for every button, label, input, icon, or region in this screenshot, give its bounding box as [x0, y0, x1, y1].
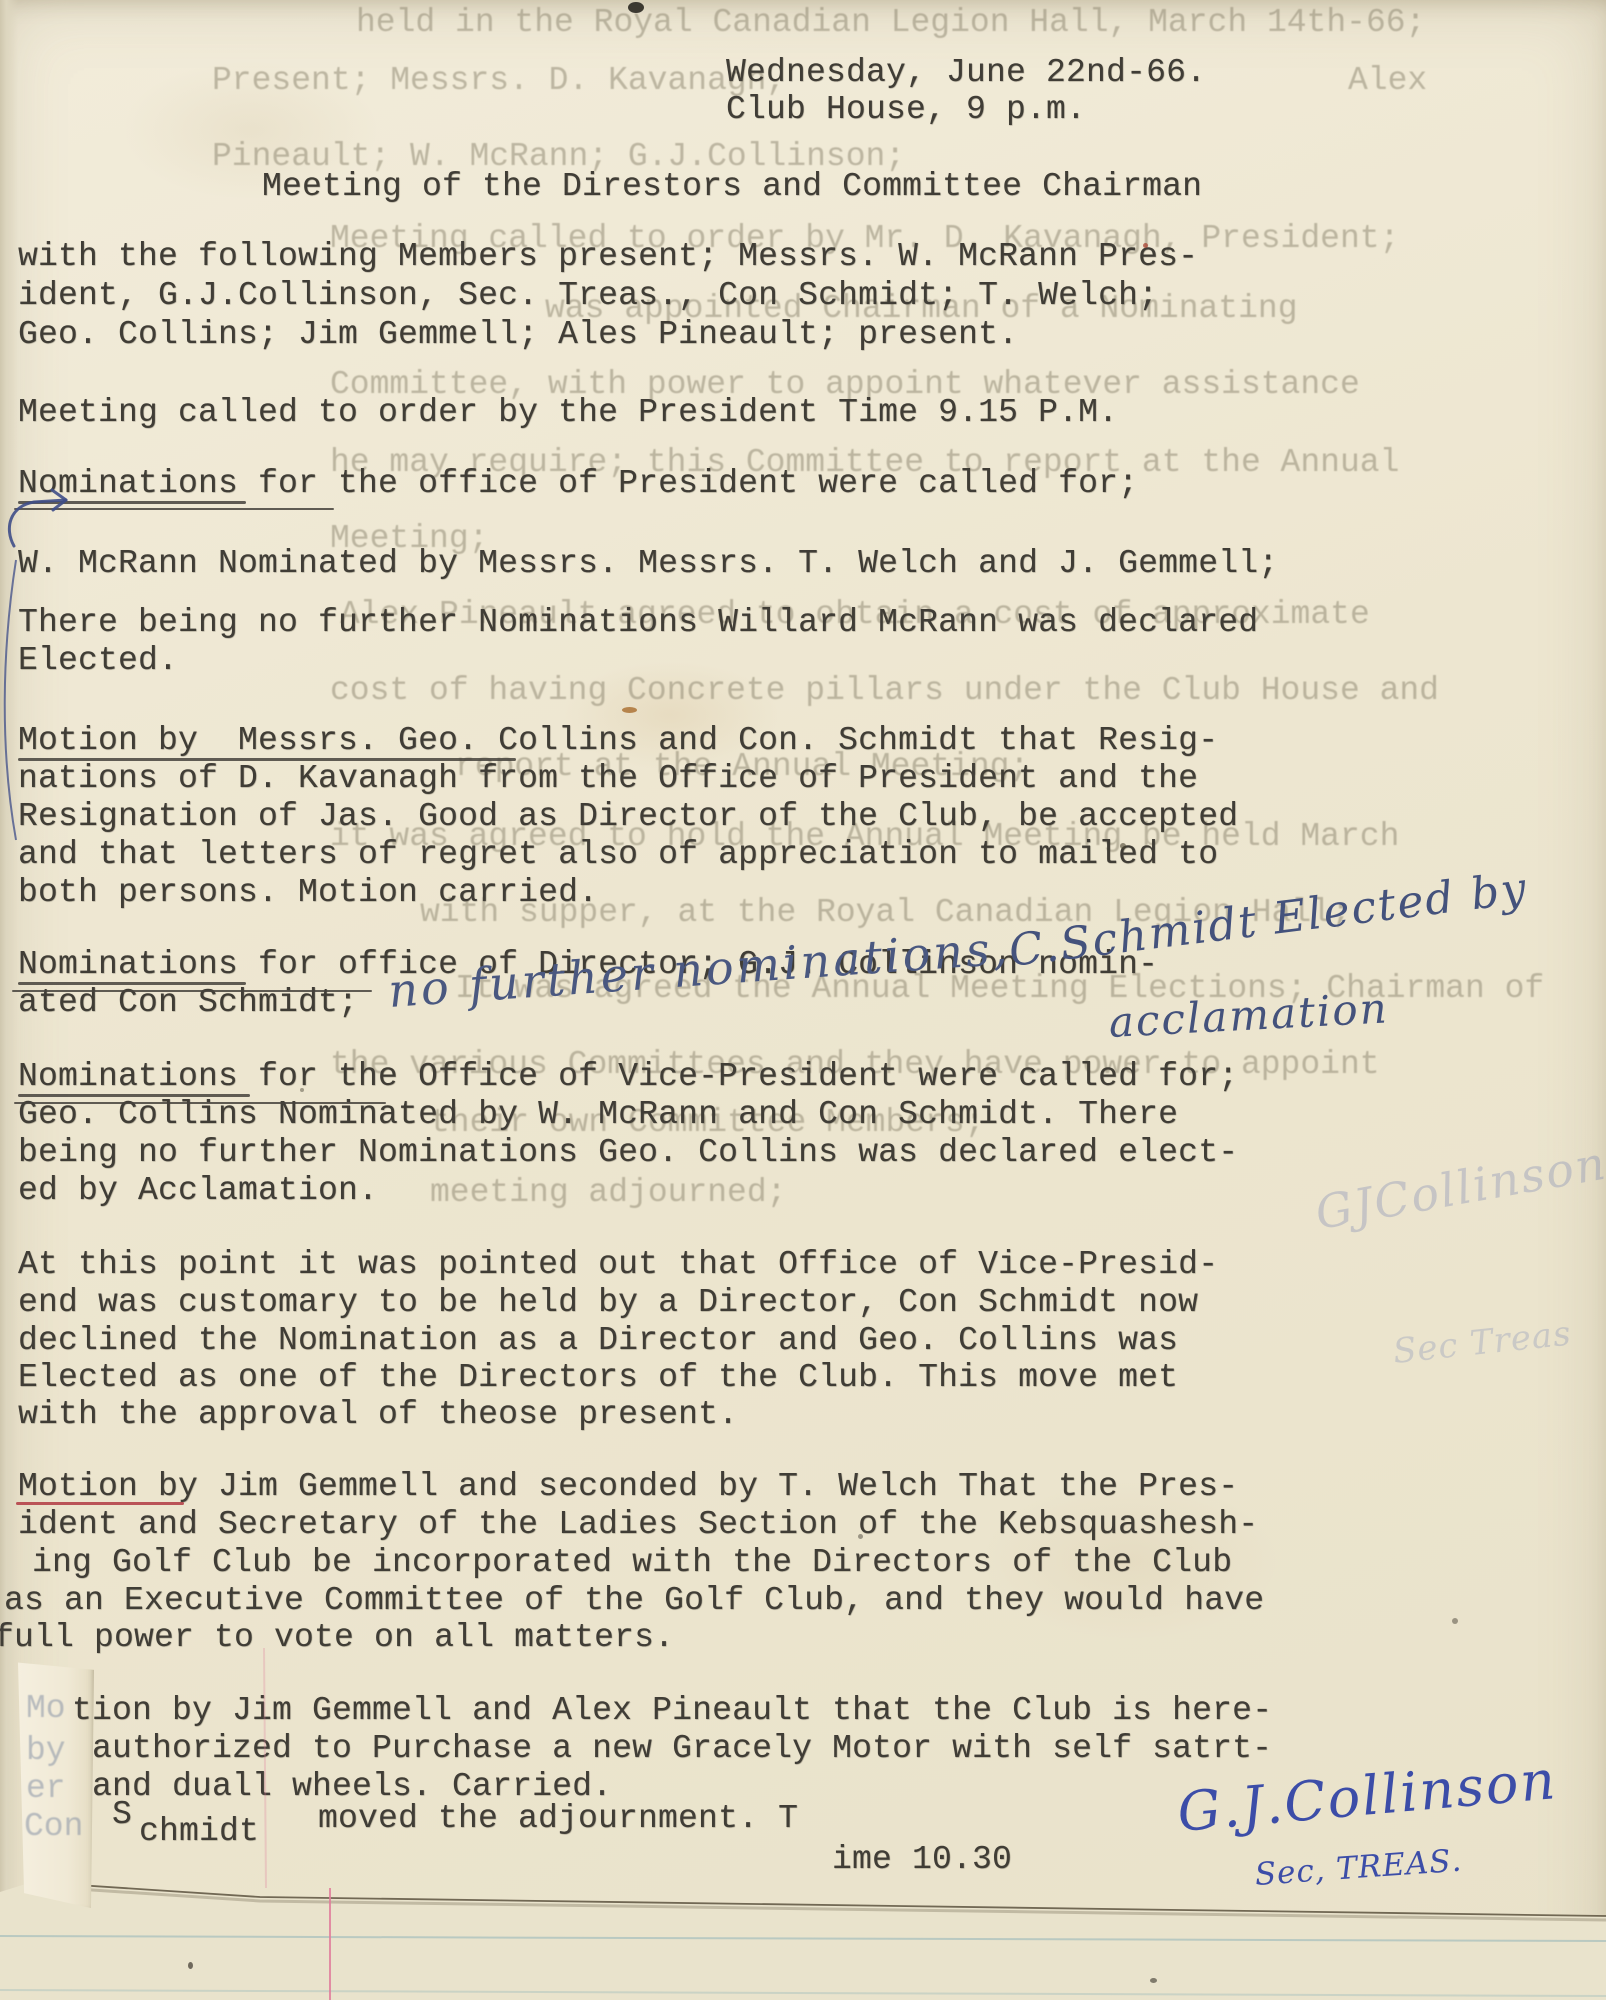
ghost-typed-line: Mo	[26, 1692, 66, 1725]
typed-line: full power to vote on all matters.	[0, 1621, 674, 1654]
typed-line: declined the Nomination as a Director an…	[18, 1324, 1178, 1357]
typed-line: Meeting called to order by the President…	[18, 396, 1118, 429]
ledger-ruled-line	[0, 1990, 1606, 1996]
typed-line: Nominations for the Office of Vice-Presi…	[18, 1060, 1238, 1093]
typed-line: authorized to Purchase a new Gracely Mot…	[92, 1732, 1272, 1765]
ink-speck	[1120, 843, 1126, 849]
bleedthrough-signature: GJCollinson	[1312, 1140, 1606, 1236]
typed-line: nations of D. Kavanagh from the Office o…	[18, 762, 1198, 795]
signature-title: Sec, TREAS.	[1254, 1846, 1463, 1891]
ghost-typed-line: cost of having Concrete pillars under th…	[330, 674, 1439, 707]
typed-line: W. McRann Nominated by Messrs. Messrs. T…	[18, 547, 1278, 580]
typed-underline-mark	[18, 501, 246, 504]
typed-line: end was customary to be held by a Direct…	[18, 1286, 1198, 1319]
red-underline-mark	[16, 1502, 184, 1505]
ink-speck	[622, 707, 637, 713]
typed-line: both persons. Motion carried.	[18, 876, 598, 909]
typed-line: Elected.	[18, 644, 178, 677]
margin-note-acclamation: acclamation	[1108, 987, 1390, 1044]
ink-speck	[188, 1962, 193, 1969]
typed-line: Motion by Messrs. Geo. Collins and Con. …	[18, 724, 1218, 757]
ghost-typed-line: held in the Royal Canadian Legion Hall, …	[356, 6, 1425, 39]
typed-line: ident and Secretary of the Ladies Sectio…	[18, 1508, 1258, 1541]
typed-underline-mark	[18, 982, 246, 985]
typed-line: Motion by Jim Gemmell and seconded by T.…	[18, 1470, 1238, 1503]
ink-speck	[1452, 1618, 1458, 1624]
ghost-typed-line: meeting adjourned;	[430, 1176, 786, 1209]
typed-underline-mark	[14, 508, 334, 510]
typed-underline-mark	[18, 1094, 250, 1097]
typed-underline-mark	[14, 1102, 386, 1104]
ghost-typed-line: Alex	[1348, 64, 1427, 97]
typed-line: tion by Jim Gemmell and Alex Pineault th…	[72, 1694, 1272, 1727]
ink-speck	[1143, 243, 1148, 248]
ink-speck	[628, 2, 644, 13]
sheet-bottom-edge	[32, 1882, 1606, 1916]
typed-line: Club House, 9 p.m.	[726, 93, 1086, 126]
typed-underline-mark	[12, 990, 372, 992]
typed-line: ident, G.J.Collinson, Sec. Treas., Con S…	[18, 279, 1158, 312]
margin-note-schmidt-elected: C.Schmidt Elected by	[1007, 867, 1531, 974]
typed-line: At this point it was pointed out that Of…	[18, 1248, 1218, 1281]
typed-line: Wednesday, June 22nd-66.	[726, 56, 1206, 89]
typed-line: Nominations for the office of President …	[18, 467, 1138, 500]
ink-speck	[300, 1088, 304, 1092]
typed-line: and that letters of regret also of appre…	[18, 838, 1218, 871]
document-page: held in the Royal Canadian Legion Hall, …	[0, 0, 1606, 2000]
typed-line: Meeting of the Direstors and Committee C…	[262, 170, 1202, 203]
typed-line: as an Executive Committee of the Golf Cl…	[4, 1584, 1264, 1617]
typed-line: S	[112, 1798, 132, 1831]
typed-line: ed by Acclamation.	[18, 1174, 378, 1207]
ghost-typed-line: er	[26, 1772, 66, 1805]
typed-line: Geo. Collins; Jim Gemmell; Ales Pineault…	[18, 318, 1018, 351]
typed-line: Elected as one of the Directors of the C…	[18, 1361, 1178, 1394]
typed-line: and duall wheels. Carried.	[92, 1770, 612, 1803]
typed-line: Resignation of Jas. Good as Director of …	[18, 800, 1238, 833]
typed-line: ing Golf Club be incorporated with the D…	[32, 1546, 1232, 1579]
ledger-page-edge	[0, 0, 18, 2000]
typed-line: being no further Nominations Geo. Collin…	[18, 1136, 1238, 1169]
typed-line: ime 10.30	[832, 1843, 1012, 1876]
ghost-typed-line: by	[26, 1734, 66, 1767]
ghost-typed-line: Con	[24, 1810, 83, 1843]
ghost-typed-line: Present; Messrs. D. Kavanagh,	[212, 64, 786, 97]
typed-line: with the approval of theose present.	[18, 1398, 738, 1431]
ink-speck	[1150, 1978, 1157, 1983]
typed-line: moved the adjournment. T	[318, 1802, 798, 1835]
typed-line: chmidt	[139, 1815, 259, 1848]
typed-line: There being no further Nominations Willa…	[18, 606, 1258, 639]
bleedthrough-signature-title: Sec Treas	[1391, 1316, 1573, 1369]
ink-speck	[858, 1534, 863, 1539]
typed-underline-mark	[18, 758, 516, 761]
typed-line: with the following Members present; Mess…	[18, 240, 1198, 273]
ledger-ruled-line	[0, 1936, 1606, 1941]
